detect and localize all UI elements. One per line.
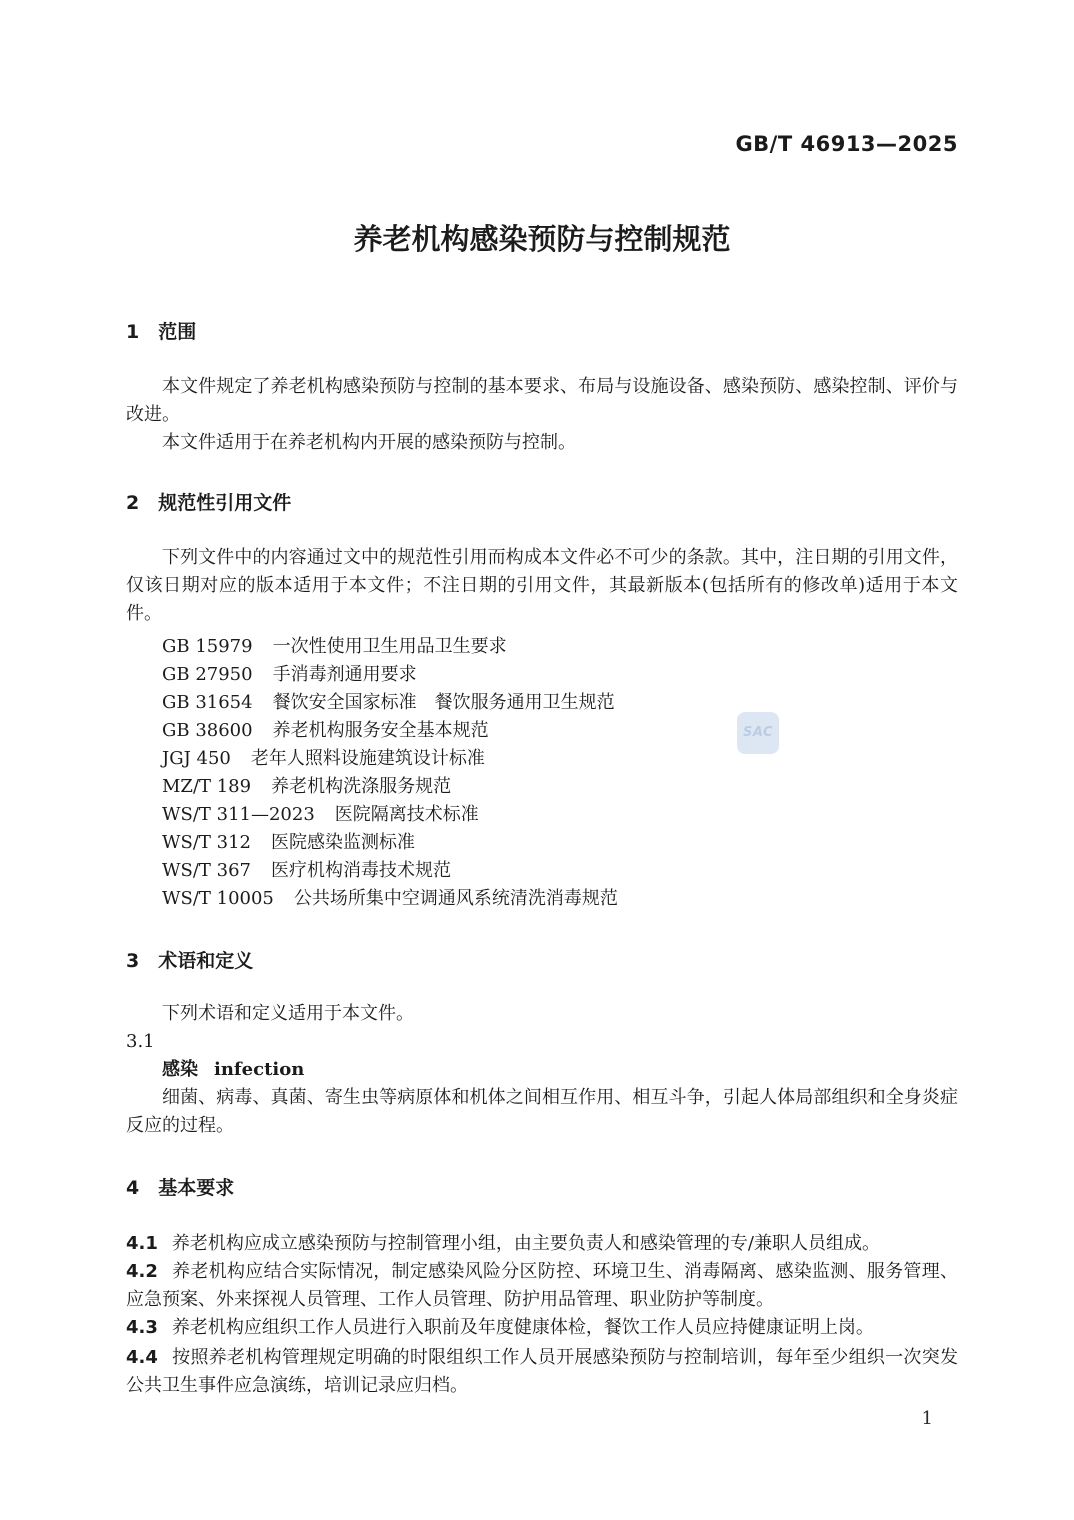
- document-title: 养老机构感染预防与控制规范: [126, 220, 958, 258]
- sac-watermark-badge: SAC: [737, 712, 779, 754]
- reference-title: 医疗机构消毒技术规范: [271, 860, 451, 881]
- reference-item: JGJ 450老年人照料设施建筑设计标准: [126, 745, 958, 773]
- reference-code: GB 27950: [162, 664, 253, 685]
- clause-text: 按照养老机构管理规定明确的时限组织工作人员开展感染预防与控制培训，每年至少组织一…: [126, 1347, 958, 1396]
- section-number: 1: [126, 321, 139, 343]
- term-english: infection: [214, 1059, 304, 1080]
- section-heading-requirements: 4基本要求: [126, 1174, 958, 1202]
- scope-paragraph: 本文件规定了养老机构感染预防与控制的基本要求、布局与设施设备、感染预防、感染控制…: [126, 373, 958, 429]
- reference-code: GB 31654: [162, 692, 253, 713]
- reference-item: GB 31654餐饮安全国家标准 餐饮服务通用卫生规范: [126, 689, 958, 717]
- section-number: 4: [126, 1177, 139, 1199]
- reference-item: GB 27950手消毒剂通用要求: [126, 661, 958, 689]
- section-heading-scope: 1范围: [126, 318, 958, 346]
- reference-code: WS/T 311—2023: [162, 804, 315, 825]
- clause: 4.1养老机构应成立感染预防与控制管理小组，由主要负责人和感染管理的专/兼职人员…: [126, 1230, 958, 1258]
- term-entry-number: 3.1: [126, 1028, 958, 1056]
- reference-code: GB 38600: [162, 720, 253, 741]
- section-normative-references: 2规范性引用文件 下列文件中的内容通过文中的规范性引用而构成本文件必不可少的条款…: [126, 489, 958, 913]
- reference-item: MZ/T 189养老机构洗涤服务规范: [126, 773, 958, 801]
- clause: 4.2养老机构应结合实际情况，制定感染风险分区防控、环境卫生、消毒隔离、感染监测…: [126, 1258, 958, 1314]
- reference-item: WS/T 367医疗机构消毒技术规范: [126, 857, 958, 885]
- section-basic-requirements: 4基本要求 4.1养老机构应成立感染预防与控制管理小组，由主要负责人和感染管理的…: [126, 1174, 958, 1400]
- clause: 4.4按照养老机构管理规定明确的时限组织工作人员开展感染预防与控制培训，每年至少…: [126, 1344, 958, 1400]
- reference-item: WS/T 10005公共场所集中空调通风系统清洗消毒规范: [126, 885, 958, 913]
- standard-number: GB/T 46913—2025: [126, 130, 958, 158]
- document-page: GB/T 46913—2025 养老机构感染预防与控制规范 1范围 本文件规定了…: [0, 0, 1074, 1520]
- reference-title: 手消毒剂通用要求: [273, 664, 417, 685]
- section-heading-label: 术语和定义: [158, 950, 253, 972]
- reference-code: WS/T 312: [162, 832, 251, 853]
- reference-title: 养老机构洗涤服务规范: [271, 776, 451, 797]
- section-number: 2: [126, 492, 139, 514]
- clause-text: 养老机构应结合实际情况，制定感染风险分区防控、环境卫生、消毒隔离、感染监测、服务…: [126, 1261, 958, 1310]
- clause-text: 养老机构应组织工作人员进行入职前及年度健康体检，餐饮工作人员应持健康证明上岗。: [172, 1317, 874, 1338]
- reference-title: 医院感染监测标准: [271, 832, 415, 853]
- section-number: 3: [126, 950, 139, 972]
- clause-number: 4.4: [126, 1347, 172, 1368]
- reference-title: 一次性使用卫生用品卫生要求: [273, 636, 507, 657]
- reference-title: 医院隔离技术标准: [335, 804, 479, 825]
- reference-title: 老年人照料设施建筑设计标准: [251, 748, 485, 769]
- section-heading-label: 范围: [158, 321, 196, 343]
- term-chinese: 感染: [162, 1059, 198, 1080]
- references-intro-paragraph: 下列文件中的内容通过文中的规范性引用而构成本文件必不可少的条款。其中，注日期的引…: [126, 544, 958, 628]
- section-heading-label: 基本要求: [158, 1177, 234, 1199]
- scope-paragraph: 本文件适用于在养老机构内开展的感染预防与控制。: [126, 429, 958, 457]
- section-heading-references: 2规范性引用文件: [126, 489, 958, 517]
- reference-list: GB 15979一次性使用卫生用品卫生要求 GB 27950手消毒剂通用要求 G…: [126, 633, 958, 913]
- reference-item: WS/T 311—2023医院隔离技术标准: [126, 801, 958, 829]
- clause-number: 4.2: [126, 1261, 172, 1282]
- terms-intro-paragraph: 下列术语和定义适用于本文件。: [126, 1000, 958, 1028]
- section-heading-label: 规范性引用文件: [158, 492, 291, 514]
- clause-text: 养老机构应成立感染预防与控制管理小组，由主要负责人和感染管理的专/兼职人员组成。: [172, 1233, 880, 1254]
- reference-title: 养老机构服务安全基本规范: [273, 720, 489, 741]
- reference-code: GB 15979: [162, 636, 253, 657]
- reference-item: GB 38600养老机构服务安全基本规范: [126, 717, 958, 745]
- term-entry: 感染infection: [126, 1056, 958, 1084]
- reference-code: WS/T 10005: [162, 888, 274, 909]
- reference-item: WS/T 312医院感染监测标准: [126, 829, 958, 857]
- reference-title: 餐饮安全国家标准 餐饮服务通用卫生规范: [273, 692, 615, 713]
- clause: 4.3养老机构应组织工作人员进行入职前及年度健康体检，餐饮工作人员应持健康证明上…: [126, 1314, 958, 1342]
- page-number: 1: [126, 1405, 958, 1433]
- section-scope: 1范围 本文件规定了养老机构感染预防与控制的基本要求、布局与设施设备、感染预防、…: [126, 318, 958, 457]
- section-terms-definitions: 3术语和定义 下列术语和定义适用于本文件。 3.1 感染infection 细菌…: [126, 947, 958, 1140]
- reference-code: MZ/T 189: [162, 776, 251, 797]
- reference-code: JGJ 450: [162, 748, 231, 769]
- clause-number: 4.1: [126, 1233, 172, 1254]
- section-heading-terms: 3术语和定义: [126, 947, 958, 975]
- clause-number: 4.3: [126, 1317, 172, 1338]
- term-definition: 细菌、病毒、真菌、寄生虫等病原体和机体之间相互作用、相互斗争，引起人体局部组织和…: [126, 1084, 958, 1140]
- sac-watermark-label: SAC: [743, 719, 773, 747]
- reference-title: 公共场所集中空调通风系统清洗消毒规范: [294, 888, 618, 909]
- reference-item: GB 15979一次性使用卫生用品卫生要求: [126, 633, 958, 661]
- reference-code: WS/T 367: [162, 860, 251, 881]
